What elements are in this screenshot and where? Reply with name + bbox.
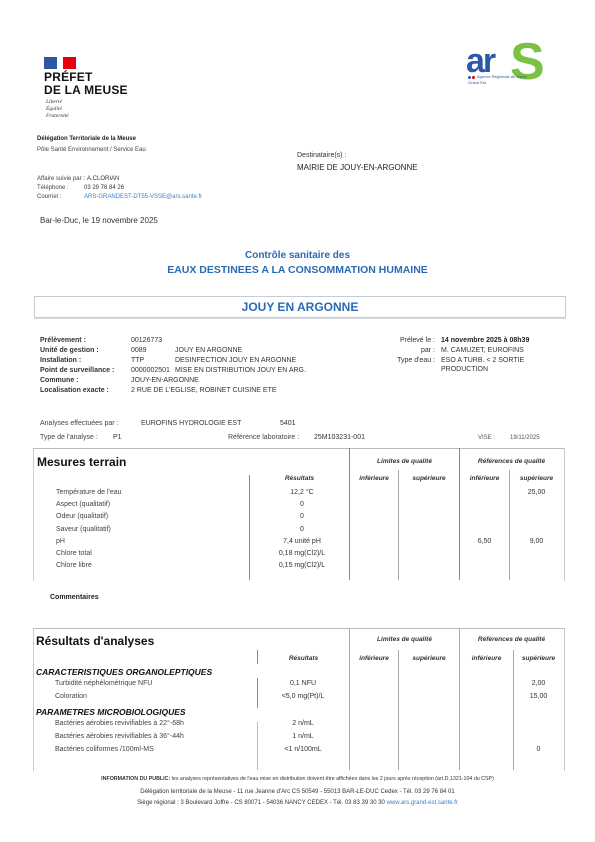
telephone-label: Téléphone : (37, 185, 69, 191)
prefet-line2: DE LA MEUSE (44, 84, 128, 97)
terrain-limites-header: Limites de qualité (350, 458, 459, 465)
terrain-resultats-header: Résultats (250, 475, 349, 482)
type-eau-value-2: PRODUCTION (441, 366, 488, 373)
terrain-row-result: 0,15 mg(Cl2)/L (262, 562, 342, 569)
sample-field-label: Localisation exacte : (40, 387, 109, 394)
ars-logo-text: ar (466, 44, 494, 78)
lab-value: EUROFINS HYDROLOGIE EST (141, 420, 241, 427)
analyses-row-result: <5,0 mg(Pt)/L (263, 693, 343, 700)
terrain-row-label: Chlore total (56, 550, 92, 557)
analyses-row-label: Bactéries coliformes /100ml-MS (55, 746, 154, 753)
sample-field-label: Point de surveillance : (40, 367, 114, 374)
analyses-row-result: <1 n/100mL (263, 746, 343, 753)
motto-egalite: Égalité (46, 106, 69, 113)
pole-name: Pôle Santé Environnement / Service Eau (37, 147, 146, 153)
sample-field-label: Prélèvement : (40, 337, 86, 344)
sample-field-code: JOUY-EN-ARGONNE (131, 377, 199, 384)
terrain-row-label: Saveur (qualitatif) (56, 526, 111, 533)
courriel-link[interactable]: ARS-GRANDEST-DT55-VSSE@ars.sante.fr (84, 194, 202, 200)
terrain-row-label: Température de l'eau (56, 489, 122, 496)
affaire-label: Affaire suivie par : (37, 176, 85, 182)
terrain-row-result: 7,4 unité pH (262, 538, 342, 545)
sample-field-label: Commune : (40, 377, 79, 384)
sample-field-value: MISE EN DISTRIBUTION JOUY EN ARG. (175, 367, 306, 374)
footer-website-link[interactable]: www.ars.grand-est.sante.fr (387, 800, 458, 806)
terrain-row-label: Odeur (qualitatif) (56, 513, 108, 520)
sample-field-value: DESINFECTION JOUY EN ARGONNE (175, 357, 296, 364)
analyses-row-label: Bactéries aérobies revivifiables à 22°-6… (55, 720, 184, 727)
analyses-references-header: Références de qualité (460, 636, 563, 643)
terrain-row-result: 0 (262, 526, 342, 533)
lab-ref-label: Référence laboratoire : (228, 434, 299, 441)
footer-siege-text: Siège régional : 3 Boulevard Joffre - CS… (137, 800, 385, 806)
analyses-row-label: Coloration (55, 693, 87, 700)
sample-field-label: Installation : (40, 357, 81, 364)
analyses-section-header: CARACTERISTIQUES ORGANOLEPTIQUES (36, 667, 212, 677)
analyses-title: Résultats d'analyses (36, 634, 154, 648)
preleve-value: 14 novembre 2025 à 08h39 (441, 337, 529, 344)
analyses-resultats-header: Résultats (258, 655, 349, 662)
preleve-label: Prélevé le : (397, 337, 435, 344)
analyses-section-header: PARAMETRES MICROBIOLOGIQUES (36, 707, 186, 717)
ars-logo: ar S Agence Régionale de Santé Grand Est (466, 42, 556, 102)
footer-public-info: INFORMATION DU PUBLIC: les analyses repr… (0, 776, 595, 782)
analyses-row-ref-sup: 0 (514, 746, 563, 753)
sample-field-code: 0089 (131, 347, 147, 354)
ars-logo-s: S (510, 36, 545, 88)
motto-fraternite: Fraternité (46, 113, 69, 120)
par-value: M. CAMUZET, EUROFINS (441, 347, 524, 354)
analyses-row-result: 2 n/mL (263, 720, 343, 727)
terrain-row-ref-sup: 25,00 (510, 489, 563, 496)
sample-field-value: JOUY EN ARGONNE (175, 347, 242, 354)
analyses-row-ref-sup: 15,00 (514, 693, 563, 700)
place-date: Bar-le-Duc, le 19 novembre 2025 (40, 216, 158, 225)
analysis-type-label: Type de l'analyse : (40, 434, 98, 441)
terrain-row-ref-inf: 6,50 (460, 538, 509, 545)
affaire-value: A.CLORIAN (87, 176, 119, 182)
analyses-limites-header: Limites de qualité (350, 636, 459, 643)
sample-field-code: 0000002501 (131, 367, 170, 374)
terrain-lim-inf-header: inférieure (350, 475, 398, 482)
terrain-row-label: Chlore libre (56, 562, 92, 569)
terrain-ref-sup-header: supérieure (510, 475, 563, 482)
lab-code: 5401 (280, 420, 296, 427)
telephone-value: 03 29 76 84 26 (84, 185, 124, 191)
footer-siege-address: Siège régional : 3 Boulevard Joffre - CS… (0, 800, 595, 806)
terrain-references-header: Références de qualité (460, 458, 563, 465)
sample-field-code: 2 RUE DE L'EGLISE, ROBINET CUISINE ETE (131, 387, 277, 394)
sample-field-label: Unité de gestion : (40, 347, 99, 354)
type-eau-label: Type d'eau : (390, 357, 435, 364)
terrain-lim-sup-header: supérieure (399, 475, 459, 482)
analyses-row-result: 0,1 NFU (263, 680, 343, 687)
footer-info-bold: INFORMATION DU PUBLIC: (101, 776, 170, 782)
terrain-ref-inf-header: inférieure (460, 475, 509, 482)
terrain-title: Mesures terrain (37, 455, 126, 469)
analyses-row-ref-sup: 2,00 (514, 680, 563, 687)
ars-dot-icon (472, 76, 475, 79)
terrain-row-result: 0 (262, 501, 342, 508)
lab-ref-value: 25M103231-001 (314, 434, 365, 441)
delegation-name: Délégation Territoriale de la Meuse (37, 136, 136, 142)
marianne-flag-icon (44, 57, 76, 69)
analyses-lim-sup-header: supérieure (399, 655, 459, 662)
visa-value: 19/11/2025 (510, 435, 540, 441)
analyses-row-result: 1 n/mL (263, 733, 343, 740)
sample-field-code: TTP (131, 357, 144, 364)
terrain-row-label: Aspect (qualitatif) (56, 501, 110, 508)
city-name: JOUY EN ARGONNE (35, 297, 565, 317)
analyses-row-label: Bactéries aérobies revivifiables à 36°-4… (55, 733, 184, 740)
terrain-row-result: 0 (262, 513, 342, 520)
document-title: EAUX DESTINEES A LA CONSOMMATION HUMAINE (0, 264, 595, 276)
terrain-row-result: 0,18 mg(Cl2)/L (262, 550, 342, 557)
commentaires-label: Commentaires (50, 594, 99, 601)
courriel-label: Courriel : (37, 194, 61, 200)
republic-motto: Liberté Égalité Fraternité (46, 99, 69, 120)
ars-subtitle: Agence Régionale de Santé (477, 74, 527, 79)
ars-region: Grand Est (468, 80, 486, 85)
city-banner: JOUY EN ARGONNE (34, 296, 566, 318)
analyses-row-label: Turbidité néphélométrique NFU (55, 680, 152, 687)
analysis-type-value: P1 (113, 434, 122, 441)
analyses-ref-inf-header: inférieure (460, 655, 513, 662)
terrain-row-label: pH (56, 538, 65, 545)
footer-info-text: les analyses représentatives de l'eau mi… (170, 776, 494, 782)
footer-delegation-address: Délégation territoriale de la Meuse - 11… (0, 789, 595, 795)
recipient-value: MAIRIE DE JOUY-EN-ARGONNE (297, 163, 418, 172)
sample-field-code: 00126773 (131, 337, 162, 344)
analyses-ref-sup-header: supérieure (514, 655, 563, 662)
par-label: par : (397, 347, 435, 354)
terrain-row-ref-sup: 9,00 (510, 538, 563, 545)
visa-label: VISE : (478, 435, 495, 441)
analyses-lim-inf-header: inférieure (350, 655, 398, 662)
document-subtitle: Contrôle sanitaire des (0, 250, 595, 261)
type-eau-value: ESO A TURB. < 2 SORTIE (441, 357, 524, 364)
terrain-row-result: 12,2 °C (262, 489, 342, 496)
ars-dot-icon (468, 76, 471, 79)
prefet-logo-text: PRÉFET DE LA MEUSE (44, 71, 128, 97)
lab-label: Analyses effectuées par : (40, 420, 118, 427)
motto-liberte: Liberté (46, 99, 69, 106)
recipient-label: Destinataire(s) : (297, 152, 346, 159)
